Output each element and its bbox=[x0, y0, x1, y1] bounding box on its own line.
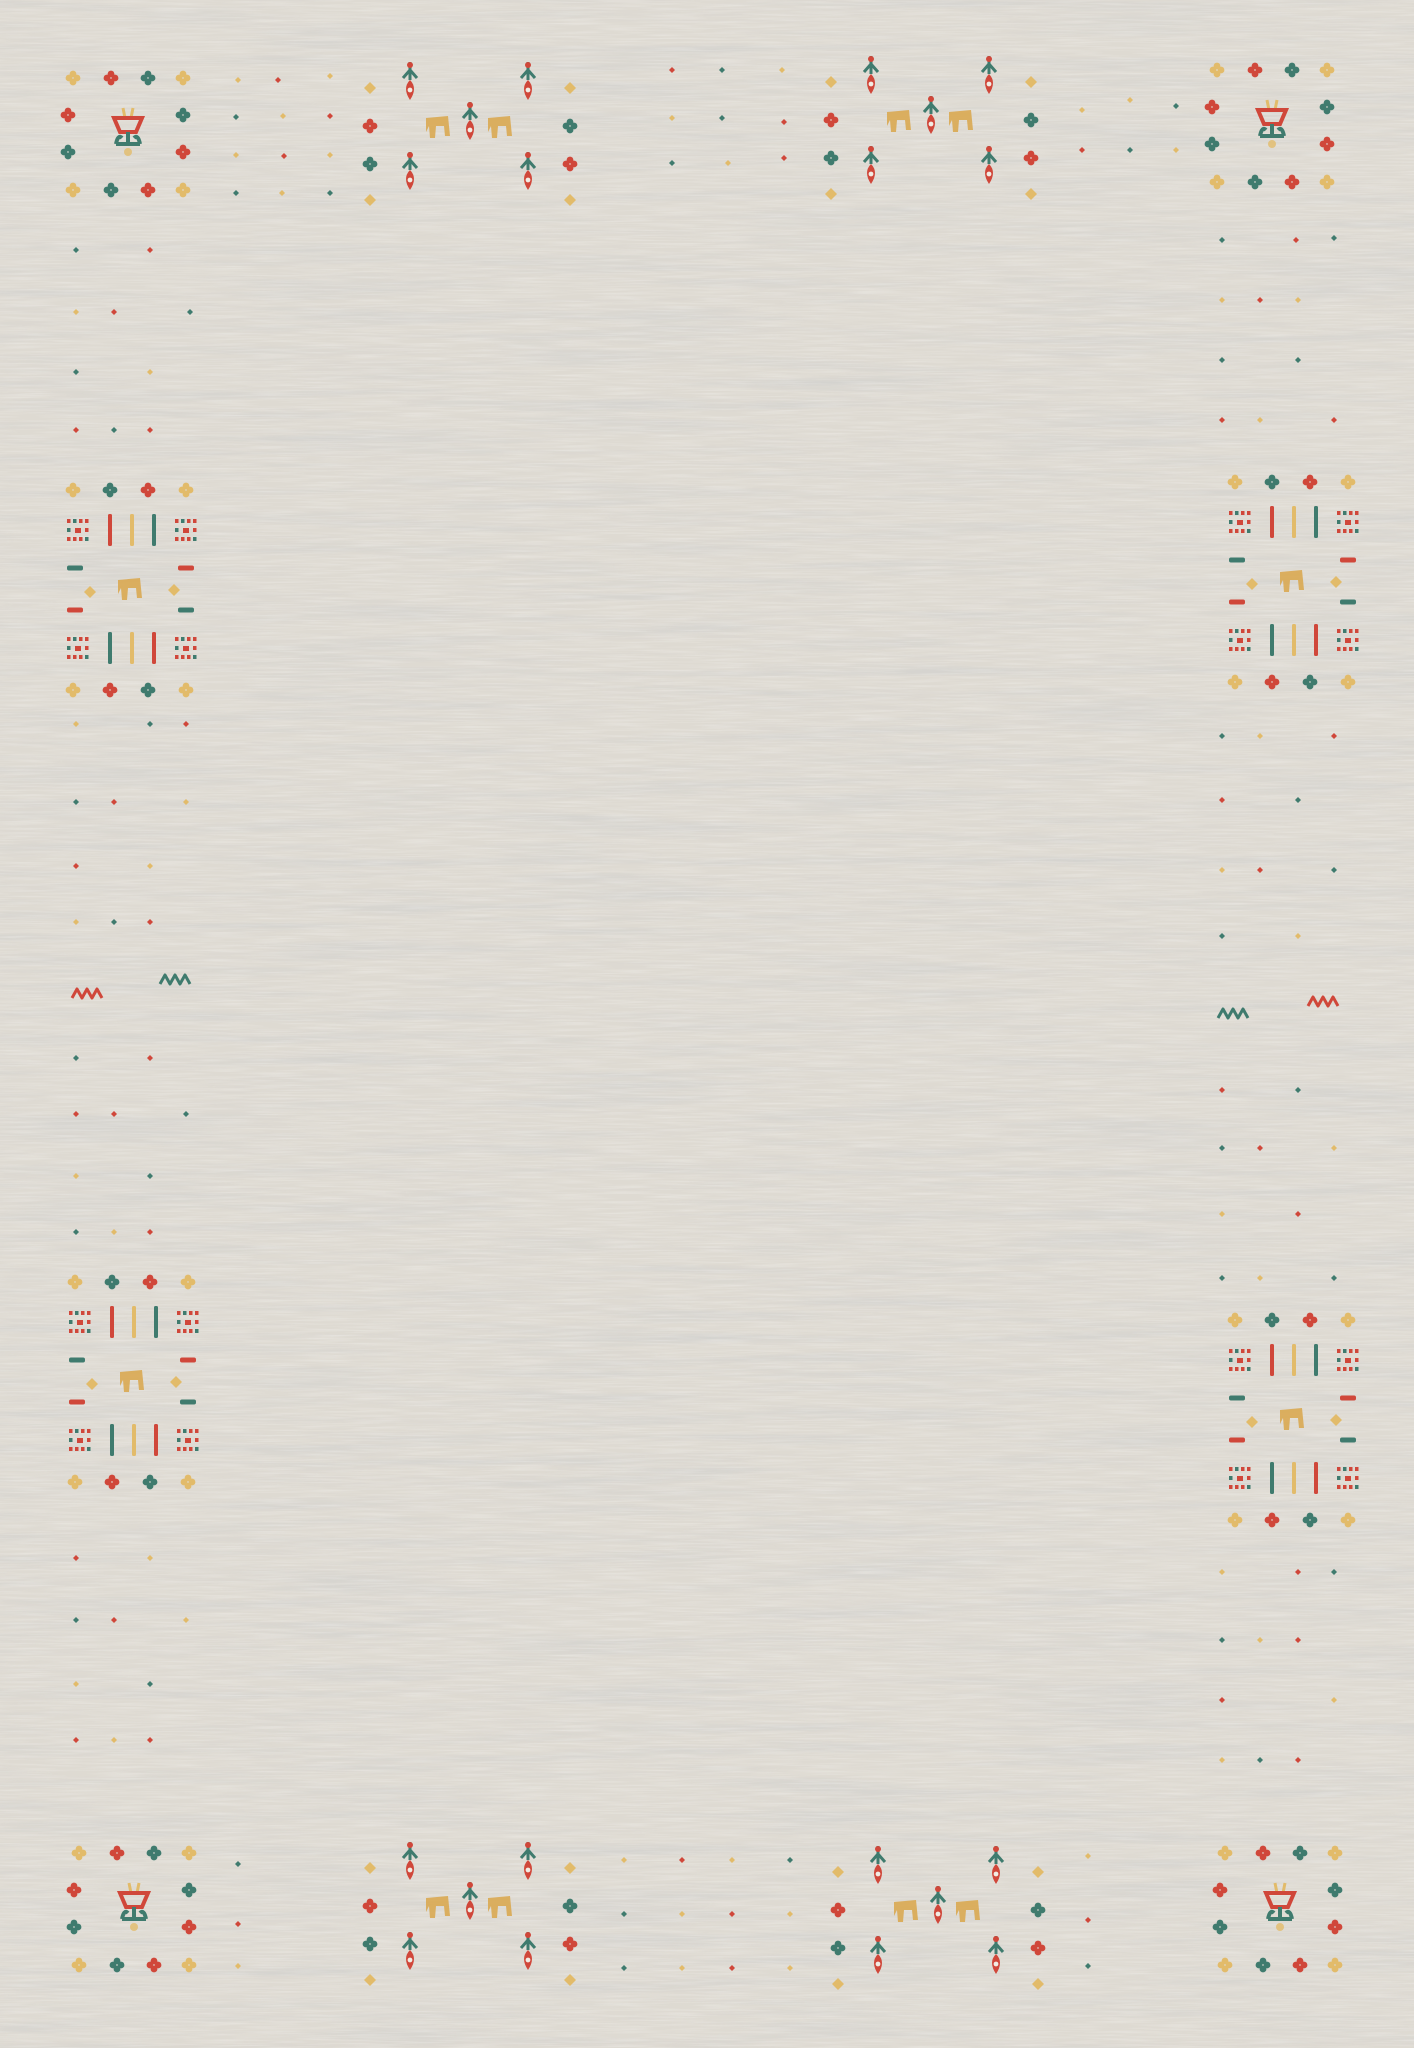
dash-mark bbox=[1340, 558, 1356, 563]
vertical-bar bbox=[1270, 624, 1274, 656]
vertical-bar bbox=[130, 514, 134, 546]
vertical-bar bbox=[108, 514, 112, 546]
dash-mark bbox=[180, 1358, 196, 1363]
vertical-bar bbox=[1292, 506, 1296, 538]
vertical-bar bbox=[152, 632, 156, 664]
vertical-bar bbox=[154, 1424, 158, 1456]
vertical-bar bbox=[1292, 1462, 1296, 1494]
rug-fine-texture bbox=[0, 0, 1414, 2048]
dash-mark bbox=[180, 1400, 196, 1405]
vertical-bar bbox=[132, 1306, 136, 1338]
rug-photo bbox=[0, 0, 1414, 2048]
vertical-bar bbox=[152, 514, 156, 546]
dash-mark bbox=[178, 608, 194, 613]
dash-mark bbox=[69, 1358, 85, 1363]
dash-mark bbox=[1229, 1438, 1245, 1443]
dash-mark bbox=[69, 1400, 85, 1405]
vertical-bar bbox=[1292, 624, 1296, 656]
dash-mark bbox=[1340, 1438, 1356, 1443]
vertical-bar bbox=[132, 1424, 136, 1456]
vertical-bar bbox=[1314, 1344, 1318, 1376]
vertical-bar bbox=[130, 632, 134, 664]
vertical-bar bbox=[1314, 624, 1318, 656]
vertical-bar bbox=[108, 632, 112, 664]
dash-mark bbox=[1229, 558, 1245, 563]
vertical-bar bbox=[1314, 506, 1318, 538]
dash-mark bbox=[1340, 1396, 1356, 1401]
vertical-bar bbox=[154, 1306, 158, 1338]
vertical-bar bbox=[1270, 1462, 1274, 1494]
dash-mark bbox=[67, 608, 83, 613]
dash-mark bbox=[1340, 600, 1356, 605]
dash-mark bbox=[1229, 1396, 1245, 1401]
vertical-bar bbox=[1314, 1462, 1318, 1494]
vertical-bar bbox=[1270, 1344, 1274, 1376]
dash-mark bbox=[67, 566, 83, 571]
dash-mark bbox=[1229, 600, 1245, 605]
vertical-bar bbox=[110, 1424, 114, 1456]
dash-mark bbox=[178, 566, 194, 571]
vertical-bar bbox=[110, 1306, 114, 1338]
vertical-bar bbox=[1270, 506, 1274, 538]
vertical-bar bbox=[1292, 1344, 1296, 1376]
